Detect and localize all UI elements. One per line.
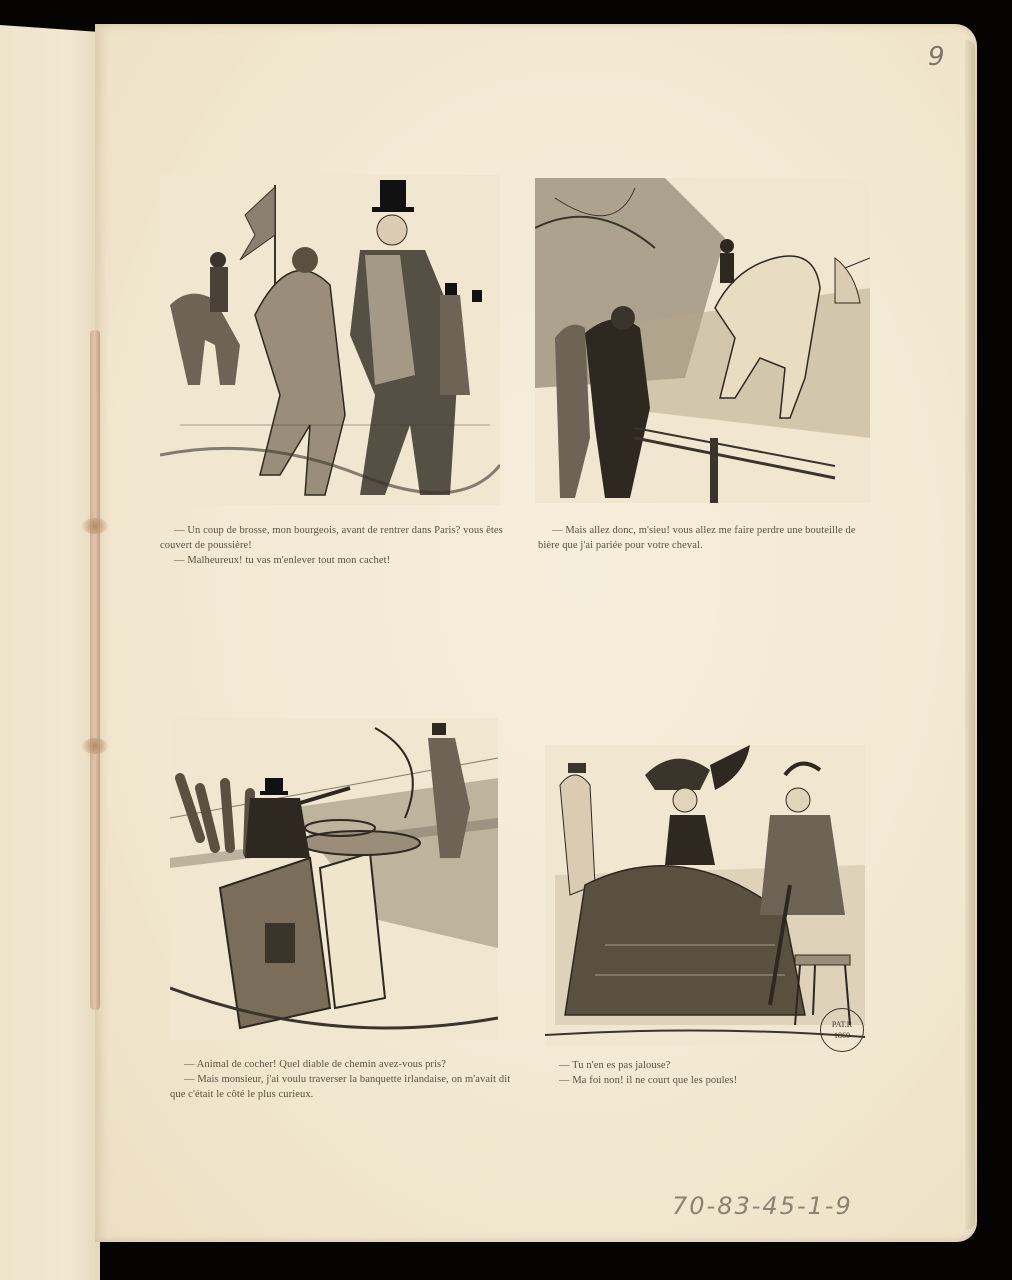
catalog-number: 70-83-45-1-9 xyxy=(672,1192,853,1220)
page-number: 9 xyxy=(928,42,945,72)
engraving-carriage-icon xyxy=(170,718,498,1040)
caption-top-left: — Un coup de brosse, mon bourgeois, avan… xyxy=(160,523,505,568)
binding-thread xyxy=(90,330,100,1010)
binding-knot xyxy=(82,518,108,534)
caption-bottom-right: — Tu n'en es pas jalouse? — Ma foi non! … xyxy=(545,1058,845,1088)
page-fore-edge xyxy=(965,40,975,1230)
illustration-overturned-carriage-scene xyxy=(170,718,498,1040)
caption-bottom-left: — Animal de cocher! Quel diable de chemi… xyxy=(170,1057,515,1102)
illustration-steeplechase-scene xyxy=(535,178,870,503)
illustration-brush-scene xyxy=(160,175,500,505)
engraving-horse-icon xyxy=(535,178,870,503)
binding-knot xyxy=(82,738,108,754)
engraving-brush-icon xyxy=(160,175,500,505)
caption-top-right: — Mais allez donc, m'sieu! vous allez me… xyxy=(538,523,873,553)
engraving-ladies-icon xyxy=(545,745,865,1045)
left-page-edge xyxy=(0,22,100,1280)
illustration-ladies-crinoline-scene xyxy=(545,745,865,1045)
library-stamp: PAT.R 1860 xyxy=(820,1008,864,1052)
